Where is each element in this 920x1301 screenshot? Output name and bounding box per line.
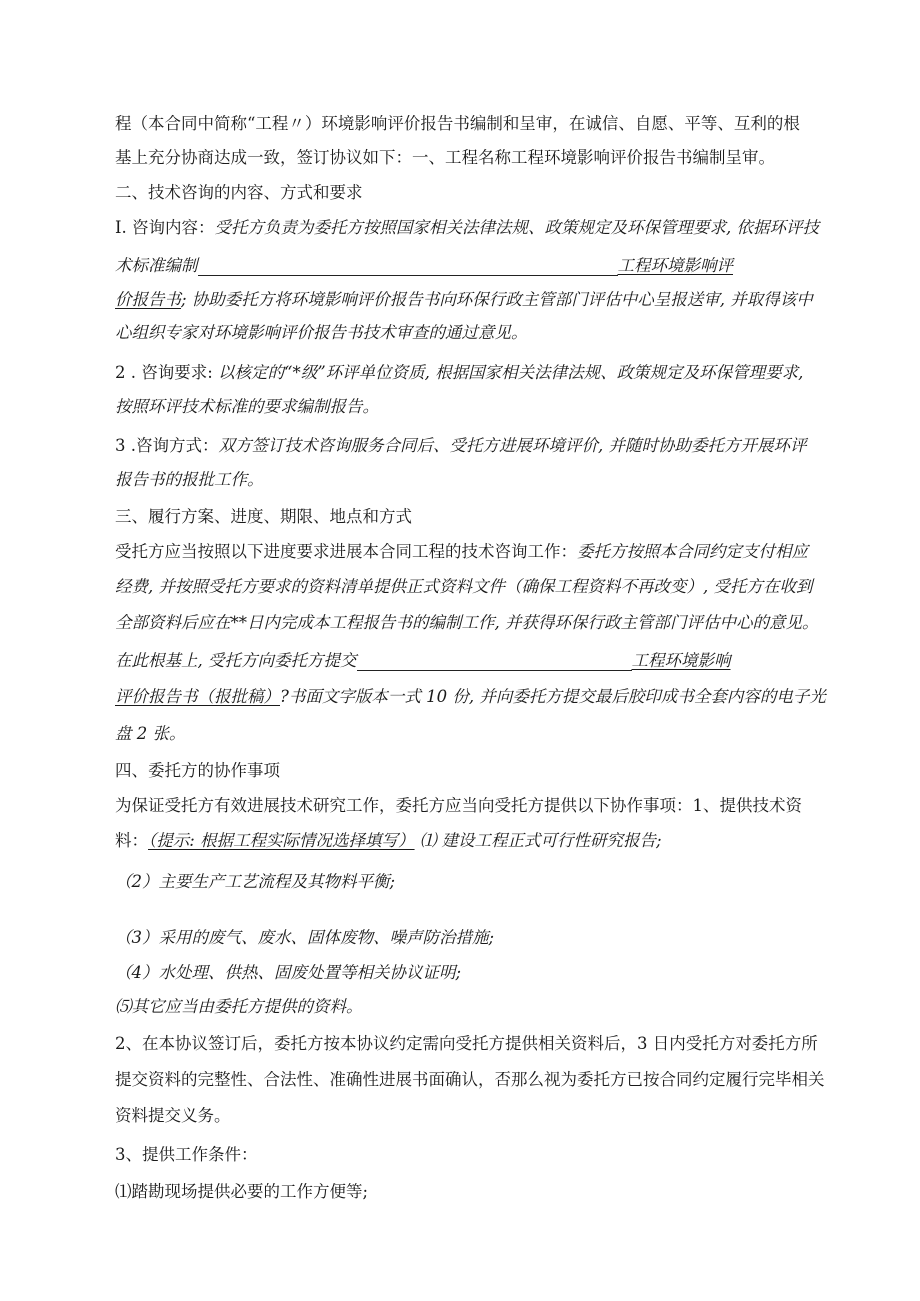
report-draft-underlined: 评价报告书（报批稿） <box>115 687 280 706</box>
consult-content-line-1: I. 咨询内容：受托方负责为委托方按照国家相关法律法规、政策规定及环保管理要求,… <box>115 218 819 238</box>
consult-requirement-line-1: 2 . 咨询要求: 以核定的“*级”环评单位资质, 根据国家相关法律法规、政策规… <box>115 363 803 383</box>
consult-content-line-2: 术标准编制工程环境影响评 <box>115 256 733 276</box>
section-heading-4: 四、委托方的协作事项 <box>115 761 280 781</box>
confirmation-line-3: 资料提交义务。 <box>115 1106 231 1126</box>
confirmation-line-1: 2、在本协议签订后，委托方按本协议约定需向受托方提供相关资料后，3 日内受托方对… <box>115 1034 818 1054</box>
project-name-blank-2[interactable] <box>357 652 632 671</box>
consult-content-text-2: 术标准编制 <box>115 256 198 275</box>
consult-requirement-text: 以核定的“*级”环评单位资质, 根据国家相关法律法规、政策规定及环保管理要求, <box>218 363 803 382</box>
cooperation-item-5: ⑸其它应当由委托方提供的资料。 <box>115 997 363 1017</box>
schedule-text-plain: 受托方应当按照以下进度要求进展本合同工程的技术咨询工作： <box>115 542 577 561</box>
project-name-fill: 工程环境影响评 <box>618 256 734 275</box>
cooperation-item-3: （3）采用的废气、废水、固体废物、噪声防治措施; <box>115 928 494 948</box>
consult-content-line-3: 价报告书; 协助委托方将环境影响评价报告书向环保行政主管部门评估中心呈报送审, … <box>115 290 813 310</box>
schedule-text-italic: 委托方按照本合同约定支付相应 <box>577 542 808 561</box>
paragraph-intro-line-1: 程（本合同中简称“工程〃）环境影响评价报告书编制和呈审，在诚信、自愿、平等、互利… <box>115 114 800 134</box>
cooperation-item-4: （4）水处理、供热、固废处置等相关协议证明; <box>115 963 461 983</box>
consult-method-label: 3 .咨询方式： <box>115 436 219 455</box>
fill-hint: （提示: 根据工程实际情况选择填写） <box>148 831 415 850</box>
schedule-line-3: 全部资料后应在**日内完成本工程报告书的编制工作, 并获得环保行政主管部门评估中… <box>115 613 819 633</box>
consult-requirement-line-2: 按照环评技术标准的要求编制报告。 <box>115 397 379 417</box>
cooperation-item-1: ⑴ 建设工程正式可行性研究报告; <box>420 831 662 850</box>
confirmation-line-2: 提交资料的完整性、合法性、准确性进展书面确认，否那么视为委托方已按合同约定履行完… <box>115 1070 825 1090</box>
project-name-blank[interactable] <box>198 257 618 276</box>
work-conditions-item-1: ⑴踏勘现场提供必要的工作方便等; <box>115 1182 368 1202</box>
consult-method-line-1: 3 .咨询方式：双方签订技术咨询服务合同后、受托方进展环境评价, 并随时协助委托… <box>115 436 807 456</box>
schedule-submit-text: 在此根基上, 受托方向委托方提交 <box>115 651 357 670</box>
consult-content-line-4: 心组织专家对环境影响评价报告书技术审查的通过意见。 <box>115 323 528 343</box>
work-conditions-heading: 3、提供工作条件： <box>115 1145 258 1165</box>
cooperation-line-1: 为保证受托方有效进展技术研究工作，委托方应当向受托方提供以下协作事项：1、提供技… <box>115 796 802 816</box>
consult-content-text-3: ; 协助委托方将环境影响评价报告书向环保行政主管部门评估中心呈报送审, 并取得该… <box>181 290 813 309</box>
consult-method-text: 双方签订技术咨询服务合同后、受托方进展环境评价, 并随时协助委托方开展环评 <box>219 436 807 455</box>
schedule-line-4: 在此根基上, 受托方向委托方提交工程环境影响 <box>115 651 731 671</box>
cooperation-line-2: 料：（提示: 根据工程实际情况选择填写） ⑴ 建设工程正式可行性研究报告; <box>115 831 662 851</box>
report-name-underlined: 价报告书 <box>115 290 181 309</box>
consult-content-label: I. 咨询内容： <box>115 218 215 237</box>
schedule-line-1: 受托方应当按照以下进度要求进展本合同工程的技术咨询工作：委托方按照本合同约定支付… <box>115 542 808 562</box>
project-name-fill-2: 工程环境影响 <box>632 651 731 670</box>
section-heading-3: 三、履行方案、进度、期限、地点和方式 <box>115 507 412 527</box>
paragraph-intro-line-2: 基上充分协商达成一致，签订协议如下：一、工程名称工程环境影响评价报告书编制呈审。 <box>115 148 775 168</box>
schedule-copies-text: ?书面文字版本一式 10 份, 并向委托方提交最后胶印成书全套内容的电子光 <box>280 687 826 706</box>
consult-requirement-label: 2 . 咨询要求: <box>115 363 218 382</box>
consult-method-line-2: 报告书的报批工作。 <box>115 470 264 490</box>
schedule-line-2: 经费, 并按照受托方要求的资料清单提供正式资料文件（确保工程资料不再改变）, 受… <box>115 577 812 597</box>
section-heading-2: 二、技术咨询的内容、方式和要求 <box>115 183 363 203</box>
consult-content-text: 受托方负责为委托方按照国家相关法律法规、政策规定及环保管理要求, 依据环评技 <box>215 218 820 237</box>
cooperation-item-2: （2）主要生产工艺流程及其物料平衡; <box>115 872 395 892</box>
schedule-line-6: 盘 2 张。 <box>115 724 186 744</box>
schedule-line-5: 评价报告书（报批稿）?书面文字版本一式 10 份, 并向委托方提交最后胶印成书全… <box>115 687 826 707</box>
cooperation-material-label: 料： <box>115 831 148 850</box>
